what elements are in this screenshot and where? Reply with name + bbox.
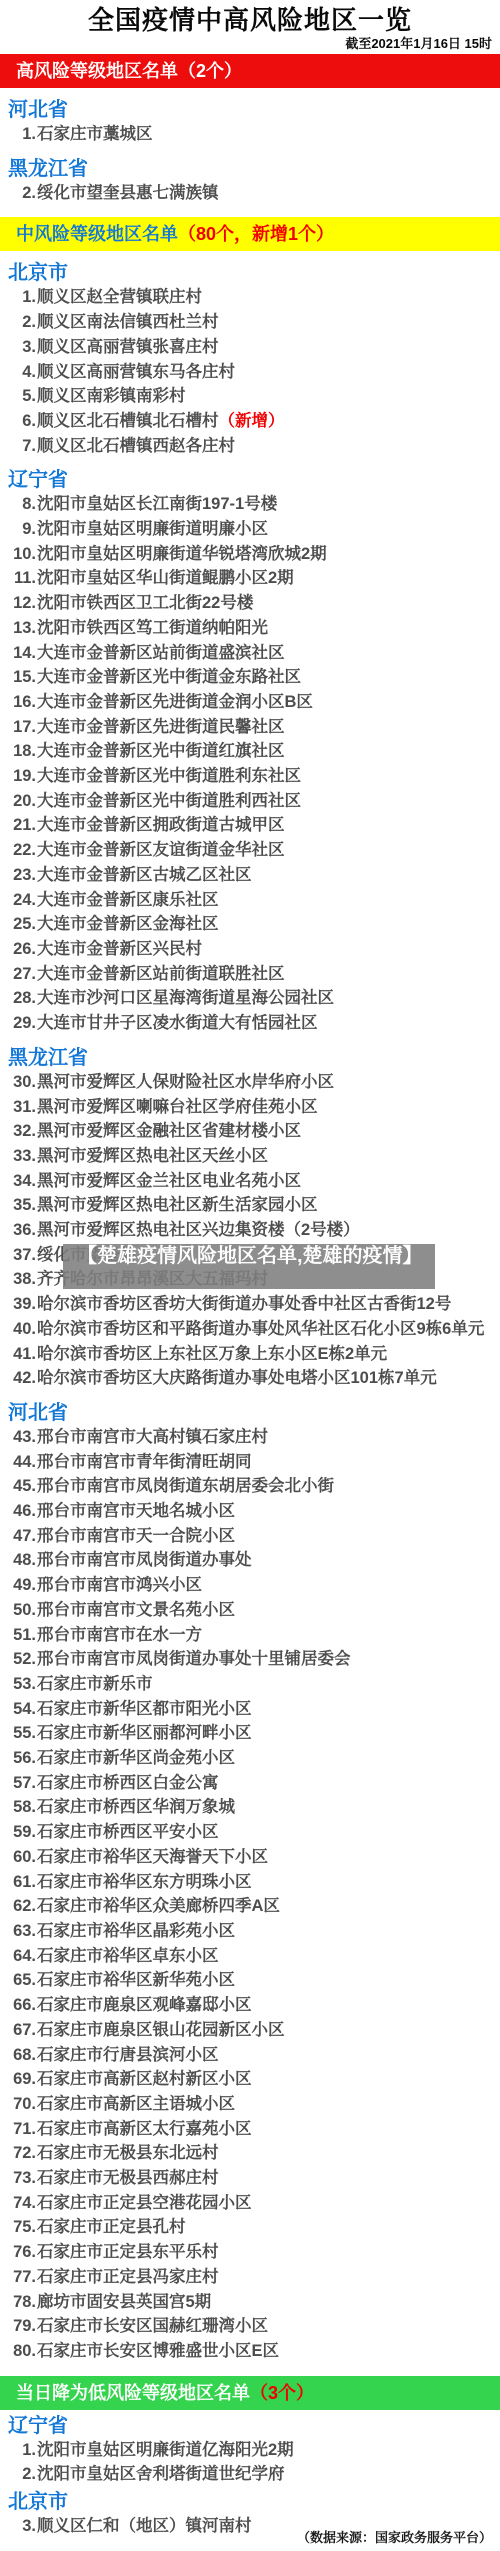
item-number: 24. bbox=[0, 888, 36, 913]
item-number: 62. bbox=[0, 1894, 36, 1919]
item-number: 18. bbox=[0, 739, 36, 764]
item-text: 沈阳市皇姑区明廉街道华锐塔湾欣城2期 bbox=[36, 542, 327, 567]
item-number: 37. bbox=[0, 1243, 36, 1268]
area-list-item: 23.大连市金普新区古城乙区社区 bbox=[0, 863, 500, 888]
item-number: 3. bbox=[0, 2514, 36, 2538]
item-number: 67. bbox=[0, 2018, 36, 2043]
item-text: 顺义区高丽营镇张喜庄村 bbox=[36, 335, 219, 360]
item-number: 28. bbox=[0, 986, 36, 1011]
item-number: 8. bbox=[0, 492, 36, 517]
item-number: 39. bbox=[0, 1292, 36, 1317]
item-text: 沈阳市皇姑区长江南街197-1号楼 bbox=[36, 492, 277, 517]
area-list-item: 44.邢台市南宫市青年街清旺胡同 bbox=[0, 1450, 500, 1475]
item-text: 石家庄市新乐市 bbox=[36, 1672, 153, 1697]
province-header: 辽宁省 bbox=[8, 2414, 500, 2438]
area-list-item: 39.哈尔滨市香坊区香坊大街街道办事处香中社区古香街12号 bbox=[0, 1292, 500, 1317]
area-list-item: 14.大连市金普新区站前街道盛滨社区 bbox=[0, 641, 500, 666]
item-number: 20. bbox=[0, 789, 36, 814]
item-text: 大连市金普新区光中街道金东路社区 bbox=[36, 665, 301, 690]
area-list-item: 4.顺义区高丽营镇东马各庄村 bbox=[0, 360, 500, 385]
area-list-item: 21.大连市金普新区拥政街道古城甲区 bbox=[0, 813, 500, 838]
item-number: 22. bbox=[0, 838, 36, 863]
item-text: 顺义区南法信镇西杜兰村 bbox=[36, 310, 219, 335]
item-number: 71. bbox=[0, 2117, 36, 2142]
area-list-item: 26.大连市金普新区兴民村 bbox=[0, 937, 500, 962]
item-text: 大连市金普新区古城乙区社区 bbox=[36, 863, 252, 888]
page-title: 全国疫情中高风险地区一览 bbox=[0, 0, 500, 36]
item-text: 大连市甘井子区凌水街道大有恬园社区 bbox=[36, 1011, 318, 1036]
item-text: 廊坊市固安县英国宫5期 bbox=[36, 2290, 211, 2315]
area-list-item: 79.石家庄市长安区国赫红珊湾小区 bbox=[0, 2314, 500, 2339]
item-number: 60. bbox=[0, 1845, 36, 1870]
area-list-item: 28.大连市沙河口区星海湾街道星海公园社区 bbox=[0, 986, 500, 1011]
area-list-item: 19.大连市金普新区光中街道胜利东社区 bbox=[0, 764, 500, 789]
item-text: 大连市金普新区站前街道盛滨社区 bbox=[36, 641, 285, 666]
area-list-item: 47.邢台市南宫市天一合院小区 bbox=[0, 1524, 500, 1549]
province-header: 北京市 bbox=[8, 2490, 500, 2514]
item-number: 1. bbox=[0, 122, 36, 147]
area-list-item: 22.大连市金普新区友谊街道金华社区 bbox=[0, 838, 500, 863]
item-number: 26. bbox=[0, 937, 36, 962]
area-list-item: 41.哈尔滨市香坊区上东社区万象上东小区E栋2单元 bbox=[0, 1342, 500, 1367]
item-number: 6. bbox=[0, 409, 36, 434]
item-text: 大连市金普新区光中街道胜利西社区 bbox=[36, 789, 301, 814]
item-number: 2. bbox=[0, 310, 36, 335]
item-text: 石家庄市高新区赵村新区小区 bbox=[36, 2067, 252, 2092]
item-number: 19. bbox=[0, 764, 36, 789]
item-text: 顺义区南彩镇南彩村 bbox=[36, 384, 186, 409]
risk-section-high: 高风险等级地区名单（2个）河北省1.石家庄市藁城区黑龙江省2.绥化市望奎县惠七满… bbox=[0, 54, 500, 205]
item-number: 65. bbox=[0, 1968, 36, 1993]
item-text: 石家庄市正定县孔村 bbox=[36, 2215, 186, 2240]
item-text: 邢台市南宫市凤岗街道办事处十里铺居委会 bbox=[36, 1647, 351, 1672]
item-number: 27. bbox=[0, 962, 36, 987]
item-text: 石家庄市桥西区平安小区 bbox=[36, 1820, 219, 1845]
area-list-item: 10.沈阳市皇姑区明廉街道华锐塔湾欣城2期 bbox=[0, 542, 500, 567]
area-list-item: 2.绥化市望奎县惠七满族镇 bbox=[0, 181, 500, 206]
item-text: 顺义区仁和（地区）镇河南村 bbox=[36, 2514, 252, 2538]
area-list-item: 45.邢台市南宫市凤岗街道东胡居委会北小街 bbox=[0, 1474, 500, 1499]
item-number: 68. bbox=[0, 2043, 36, 2068]
item-number: 47. bbox=[0, 1524, 36, 1549]
item-text: 大连市金普新区先进街道金润小区B区 bbox=[36, 690, 313, 715]
item-number: 15. bbox=[0, 665, 36, 690]
item-text: 沈阳市铁西区笃工街道纳帕阳光 bbox=[36, 616, 268, 641]
item-text: 黑河市爱辉区人保财险社区水岸华府小区 bbox=[36, 1070, 334, 1095]
area-list-item: 6.顺义区北石槽镇北石槽村（新增） bbox=[0, 409, 500, 434]
banner-label: 高风险等级地区名单 bbox=[16, 61, 178, 81]
item-number: 13. bbox=[0, 616, 36, 641]
province-header: 黑龙江省 bbox=[8, 157, 500, 181]
item-number: 76. bbox=[0, 2240, 36, 2265]
area-list-item: 7.顺义区北石槽镇西赵各庄村 bbox=[0, 434, 500, 459]
item-number: 34. bbox=[0, 1169, 36, 1194]
new-badge: （新增） bbox=[219, 412, 285, 430]
item-text: 黑河市爱辉区金兰社区电业名苑小区 bbox=[36, 1169, 301, 1194]
item-number: 53. bbox=[0, 1672, 36, 1697]
area-list-item: 18.大连市金普新区光中街道红旗社区 bbox=[0, 739, 500, 764]
area-list-item: 12.沈阳市铁西区卫工北街22号楼 bbox=[0, 591, 500, 616]
area-list-item: 75.石家庄市正定县孔村 bbox=[0, 2215, 500, 2240]
area-list-item: 11.沈阳市皇姑区华山街道鲲鹏小区2期 bbox=[0, 566, 500, 591]
area-list-item: 29.大连市甘井子区凌水街道大有恬园社区 bbox=[0, 1011, 500, 1036]
item-text: 石家庄市鹿泉区银山花园新区小区 bbox=[36, 2018, 285, 2043]
item-number: 3. bbox=[0, 335, 36, 360]
item-number: 2. bbox=[0, 2462, 36, 2486]
item-text: 石家庄市正定县冯家庄村 bbox=[36, 2265, 219, 2290]
item-number: 78. bbox=[0, 2290, 36, 2315]
item-text: 大连市金普新区光中街道红旗社区 bbox=[36, 739, 285, 764]
item-number: 14. bbox=[0, 641, 36, 666]
area-list-item: 71.石家庄市高新区太行嘉苑小区 bbox=[0, 2117, 500, 2142]
item-number: 4. bbox=[0, 360, 36, 385]
item-number: 49. bbox=[0, 1573, 36, 1598]
item-number: 11. bbox=[0, 566, 36, 591]
item-number: 45. bbox=[0, 1474, 36, 1499]
item-text: 石家庄市行唐县滨河小区 bbox=[36, 2043, 219, 2068]
item-number: 46. bbox=[0, 1499, 36, 1524]
item-text: 石家庄市裕华区天海誉天下小区 bbox=[36, 1845, 268, 1870]
area-list-item: 43.邢台市南宫市大高村镇石家庄村 bbox=[0, 1425, 500, 1450]
item-number: 48. bbox=[0, 1548, 36, 1573]
item-text: 石家庄市新华区都市阳光小区 bbox=[36, 1697, 252, 1722]
item-text: 大连市金普新区友谊街道金华社区 bbox=[36, 838, 285, 863]
area-list-item: 40.哈尔滨市香坊区和平路街道办事处风华社区石化小区9栋6单元 bbox=[0, 1317, 500, 1342]
item-number: 1. bbox=[0, 285, 36, 310]
banner-count: （3个） bbox=[250, 2383, 314, 2403]
item-text: 顺义区高丽营镇东马各庄村 bbox=[36, 360, 235, 385]
data-source-note: （数据来源：国家政务服务平台） bbox=[297, 2527, 492, 2546]
item-number: 80. bbox=[0, 2339, 36, 2364]
area-list-item: 1.沈阳市皇姑区明廉街道亿海阳光2期 bbox=[0, 2438, 500, 2462]
section-banner-high: 高风险等级地区名单（2个） bbox=[0, 54, 500, 88]
area-list-item: 62.石家庄市裕华区众美廊桥四季A区 bbox=[0, 1894, 500, 1919]
area-list-item: 25.大连市金普新区金海社区 bbox=[0, 912, 500, 937]
item-text: 黑河市爱辉区热电社区天丝小区 bbox=[36, 1144, 268, 1169]
item-number: 58. bbox=[0, 1795, 36, 1820]
risk-section-medium: 中风险等级地区名单（80个，新增1个）北京市1.顺义区赵全营镇联庄村2.顺义区南… bbox=[0, 217, 500, 2363]
item-text: 石家庄市长安区博雅盛世小区E区 bbox=[36, 2339, 279, 2364]
area-list-item: 48.邢台市南宫市凤岗街道办事处 bbox=[0, 1548, 500, 1573]
item-text: 大连市金普新区站前街道联胜社区 bbox=[36, 962, 285, 987]
risk-area-page: 全国疫情中高风险地区一览 截至2021年1月16日 15时 高风险等级地区名单（… bbox=[0, 0, 500, 2551]
banner-label: 当日降为低风险等级地区名单 bbox=[16, 2383, 250, 2403]
item-text: 沈阳市皇姑区明廉街道明廉小区 bbox=[36, 517, 268, 542]
item-number: 17. bbox=[0, 715, 36, 740]
area-list-item: 61.石家庄市裕华区东方明珠小区 bbox=[0, 1870, 500, 1895]
item-text: 石家庄市高新区太行嘉苑小区 bbox=[36, 2117, 252, 2142]
item-text: 哈尔滨市香坊区香坊大街街道办事处香中社区古香街12号 bbox=[36, 1292, 451, 1317]
item-text: 石家庄市裕华区晶彩苑小区 bbox=[36, 1919, 235, 1944]
area-list-item: 67.石家庄市鹿泉区银山花园新区小区 bbox=[0, 2018, 500, 2043]
item-text: 邢台市南宫市天地名城小区 bbox=[36, 1499, 235, 1524]
item-number: 74. bbox=[0, 2191, 36, 2216]
item-text: 石家庄市无极县东北远村 bbox=[36, 2141, 219, 2166]
item-number: 44. bbox=[0, 1450, 36, 1475]
banner-count: （2个） bbox=[178, 61, 242, 81]
area-list-item: 76.石家庄市正定县东平乐村 bbox=[0, 2240, 500, 2265]
area-list-item: 57.石家庄市桥西区白金公寓 bbox=[0, 1771, 500, 1796]
area-list-item: 69.石家庄市高新区赵村新区小区 bbox=[0, 2067, 500, 2092]
area-list-item: 46.邢台市南宫市天地名城小区 bbox=[0, 1499, 500, 1524]
area-list-item: 51.邢台市南宫市在水一方 bbox=[0, 1623, 500, 1648]
item-text: 邢台市南宫市天一合院小区 bbox=[36, 1524, 235, 1549]
item-number: 31. bbox=[0, 1095, 36, 1120]
item-text: 黑河市爱辉区热电社区新生活家园小区 bbox=[36, 1193, 318, 1218]
item-text: 石家庄市桥西区华润万象城 bbox=[36, 1795, 235, 1820]
item-number: 54. bbox=[0, 1697, 36, 1722]
area-list-item: 74.石家庄市正定县空港花园小区 bbox=[0, 2191, 500, 2216]
item-number: 66. bbox=[0, 1993, 36, 2018]
area-list-item: 1.顺义区赵全营镇联庄村 bbox=[0, 285, 500, 310]
item-text: 大连市金普新区光中街道胜利东社区 bbox=[36, 764, 301, 789]
item-text: 沈阳市铁西区卫工北街22号楼 bbox=[36, 591, 253, 616]
item-number: 7. bbox=[0, 434, 36, 459]
province-header: 河北省 bbox=[8, 98, 500, 122]
item-number: 55. bbox=[0, 1721, 36, 1746]
item-text: 邢台市南宫市凤岗街道办事处 bbox=[36, 1548, 252, 1573]
item-text: 大连市金普新区拥政街道古城甲区 bbox=[36, 813, 285, 838]
item-text: 大连市金普新区金海社区 bbox=[36, 912, 219, 937]
area-list-item: 52.邢台市南宫市凤岗街道办事处十里铺居委会 bbox=[0, 1647, 500, 1672]
item-text: 石家庄市裕华区卓东小区 bbox=[36, 1944, 219, 1969]
item-number: 38. bbox=[0, 1267, 36, 1292]
risk-sections: 高风险等级地区名单（2个）河北省1.石家庄市藁城区黑龙江省2.绥化市望奎县惠七满… bbox=[0, 54, 500, 2538]
item-number: 36. bbox=[0, 1218, 36, 1243]
item-text: 石家庄市正定县东平乐村 bbox=[36, 2240, 219, 2265]
area-list-item: 34.黑河市爱辉区金兰社区电业名苑小区 bbox=[0, 1169, 500, 1194]
item-number: 35. bbox=[0, 1193, 36, 1218]
area-list-item: 73.石家庄市无极县西郝庄村 bbox=[0, 2166, 500, 2191]
area-list-item: 31.黑河市爱辉区喇嘛台社区学府佳苑小区 bbox=[0, 1095, 500, 1120]
item-text: 石家庄市裕华区新华苑小区 bbox=[36, 1968, 235, 1993]
item-number: 43. bbox=[0, 1425, 36, 1450]
banner-count: （80个，新增1个） bbox=[178, 224, 334, 244]
item-text: 邢台市南宫市青年街清旺胡同 bbox=[36, 1450, 252, 1475]
item-text: 沈阳市皇姑区明廉街道亿海阳光2期 bbox=[36, 2438, 294, 2462]
area-list-item: 56.石家庄市新华区尚金苑小区 bbox=[0, 1746, 500, 1771]
item-number: 23. bbox=[0, 863, 36, 888]
item-text: 邢台市南宫市大高村镇石家庄村 bbox=[36, 1425, 268, 1450]
area-list-item: 58.石家庄市桥西区华润万象城 bbox=[0, 1795, 500, 1820]
area-list-item: 20.大连市金普新区光中街道胜利西社区 bbox=[0, 789, 500, 814]
item-number: 40. bbox=[0, 1317, 36, 1342]
item-text: 黑河市爱辉区喇嘛台社区学府佳苑小区 bbox=[36, 1095, 318, 1120]
item-number: 50. bbox=[0, 1598, 36, 1623]
item-text: 哈尔滨市香坊区和平路街道办事处风华社区石化小区9栋6单元 bbox=[36, 1317, 484, 1342]
item-number: 30. bbox=[0, 1070, 36, 1095]
area-list-item: 33.黑河市爱辉区热电社区天丝小区 bbox=[0, 1144, 500, 1169]
item-text: 顺义区北石槽镇西赵各庄村 bbox=[36, 434, 235, 459]
item-text: 石家庄市正定县空港花园小区 bbox=[36, 2191, 252, 2216]
item-text: 顺义区北石槽镇北石槽村（新增） bbox=[36, 409, 285, 434]
area-list-item: 1.石家庄市藁城区 bbox=[0, 122, 500, 147]
item-number: 2. bbox=[0, 181, 36, 206]
item-number: 61. bbox=[0, 1870, 36, 1895]
area-list-item: 66.石家庄市鹿泉区观峰嘉邸小区 bbox=[0, 1993, 500, 2018]
area-list-item: 35.黑河市爱辉区热电社区新生活家园小区 bbox=[0, 1193, 500, 1218]
item-text: 石家庄市裕华区东方明珠小区 bbox=[36, 1870, 252, 1895]
item-text: 石家庄市藁城区 bbox=[36, 122, 153, 147]
item-number: 21. bbox=[0, 813, 36, 838]
item-number: 1. bbox=[0, 2438, 36, 2462]
item-number: 42. bbox=[0, 1366, 36, 1391]
item-number: 10. bbox=[0, 542, 36, 567]
area-list-item: 27.大连市金普新区站前街道联胜社区 bbox=[0, 962, 500, 987]
item-text: 哈尔滨市香坊区上东社区万象上东小区E栋2单元 bbox=[36, 1342, 387, 1367]
item-text: 沈阳市皇姑区华山街道鲲鹏小区2期 bbox=[36, 566, 294, 591]
area-list-item: 36.黑河市爱辉区热电社区兴边集资楼（2号楼） bbox=[0, 1218, 500, 1243]
item-number: 29. bbox=[0, 1011, 36, 1036]
area-list-item: 49.邢台市南宫市鸿兴小区 bbox=[0, 1573, 500, 1598]
item-text: 石家庄市高新区主语城小区 bbox=[36, 2092, 235, 2117]
item-number: 25. bbox=[0, 912, 36, 937]
area-list-item: 72.石家庄市无极县东北远村 bbox=[0, 2141, 500, 2166]
area-list-item: 13.沈阳市铁西区笃工街道纳帕阳光 bbox=[0, 616, 500, 641]
area-list-item: 3.顺义区高丽营镇张喜庄村 bbox=[0, 335, 500, 360]
area-list-item: 9.沈阳市皇姑区明廉街道明廉小区 bbox=[0, 517, 500, 542]
area-list-item: 2.沈阳市皇姑区舍利塔街道世纪学府 bbox=[0, 2462, 500, 2486]
item-number: 56. bbox=[0, 1746, 36, 1771]
area-list-item: 15.大连市金普新区光中街道金东路社区 bbox=[0, 665, 500, 690]
area-list-item: 42.哈尔滨市香坊区大庆路街道办事处电塔小区101栋7单元 bbox=[0, 1366, 500, 1391]
item-number: 63. bbox=[0, 1919, 36, 1944]
area-list-item: 65.石家庄市裕华区新华苑小区 bbox=[0, 1968, 500, 1993]
item-number: 16. bbox=[0, 690, 36, 715]
area-list-item: 50.邢台市南宫市文景名苑小区 bbox=[0, 1598, 500, 1623]
as-of-date: 截至2021年1月16日 15时 bbox=[0, 36, 500, 51]
item-text: 邢台市南宫市鸿兴小区 bbox=[36, 1573, 202, 1598]
item-text: 石家庄市裕华区众美廊桥四季A区 bbox=[36, 1894, 280, 1919]
section-banner-low: 当日降为低风险等级地区名单（3个） bbox=[0, 2376, 500, 2410]
item-number: 51. bbox=[0, 1623, 36, 1648]
item-number: 33. bbox=[0, 1144, 36, 1169]
item-number: 79. bbox=[0, 2314, 36, 2339]
area-list-item: 16.大连市金普新区先进街道金润小区B区 bbox=[0, 690, 500, 715]
item-number: 75. bbox=[0, 2215, 36, 2240]
item-number: 32. bbox=[0, 1119, 36, 1144]
item-text: 石家庄市鹿泉区观峰嘉邸小区 bbox=[36, 1993, 252, 2018]
area-list-item: 68.石家庄市行唐县滨河小区 bbox=[0, 2043, 500, 2068]
area-list-item: 59.石家庄市桥西区平安小区 bbox=[0, 1820, 500, 1845]
area-list-item: 55.石家庄市新华区丽都河畔小区 bbox=[0, 1721, 500, 1746]
area-list-item: 17.大连市金普新区先进街道民馨社区 bbox=[0, 715, 500, 740]
risk-section-low: 当日降为低风险等级地区名单（3个）辽宁省1.沈阳市皇姑区明廉街道亿海阳光2期2.… bbox=[0, 2376, 500, 2538]
area-list-item: 30.黑河市爱辉区人保财险社区水岸华府小区 bbox=[0, 1070, 500, 1095]
area-list-item: 24.大连市金普新区康乐社区 bbox=[0, 888, 500, 913]
item-text: 邢台市南宫市在水一方 bbox=[36, 1623, 202, 1648]
area-list-item: 53.石家庄市新乐市 bbox=[0, 1672, 500, 1697]
item-text: 石家庄市新华区丽都河畔小区 bbox=[36, 1721, 252, 1746]
item-text: 黑河市爱辉区热电社区兴边集资楼（2号楼） bbox=[36, 1218, 360, 1243]
section-banner-medium: 中风险等级地区名单（80个，新增1个） bbox=[0, 217, 500, 251]
area-list-item: 70.石家庄市高新区主语城小区 bbox=[0, 2092, 500, 2117]
item-text: 沈阳市皇姑区舍利塔街道世纪学府 bbox=[36, 2462, 285, 2486]
province-header: 黑龙江省 bbox=[8, 1046, 500, 1070]
area-list-item: 63.石家庄市裕华区晶彩苑小区 bbox=[0, 1919, 500, 1944]
area-list-item: 64.石家庄市裕华区卓东小区 bbox=[0, 1944, 500, 1969]
item-text: 邢台市南宫市文景名苑小区 bbox=[36, 1598, 235, 1623]
item-text: 石家庄市无极县西郝庄村 bbox=[36, 2166, 219, 2191]
banner-label: 中风险等级地区名单 bbox=[16, 224, 178, 244]
item-number: 73. bbox=[0, 2166, 36, 2191]
item-number: 12. bbox=[0, 591, 36, 616]
area-list-item: 8.沈阳市皇姑区长江南街197-1号楼 bbox=[0, 492, 500, 517]
item-text: 石家庄市新华区尚金苑小区 bbox=[36, 1746, 235, 1771]
area-list-item: 80.石家庄市长安区博雅盛世小区E区 bbox=[0, 2339, 500, 2364]
item-number: 72. bbox=[0, 2141, 36, 2166]
watermark-overlay: 【楚雄疫情风险地区名单,楚雄的疫情】 bbox=[63, 1244, 435, 1289]
item-number: 57. bbox=[0, 1771, 36, 1796]
area-list-item: 5.顺义区南彩镇南彩村 bbox=[0, 384, 500, 409]
item-number: 69. bbox=[0, 2067, 36, 2092]
item-text: 大连市金普新区兴民村 bbox=[36, 937, 202, 962]
item-number: 64. bbox=[0, 1944, 36, 1969]
item-text: 邢台市南宫市凤岗街道东胡居委会北小街 bbox=[36, 1474, 334, 1499]
area-list-item: 60.石家庄市裕华区天海誉天下小区 bbox=[0, 1845, 500, 1870]
item-number: 5. bbox=[0, 384, 36, 409]
item-text: 哈尔滨市香坊区大庆路街道办事处电塔小区101栋7单元 bbox=[36, 1366, 437, 1391]
area-list-item: 54.石家庄市新华区都市阳光小区 bbox=[0, 1697, 500, 1722]
area-list-item: 78.廊坊市固安县英国宫5期 bbox=[0, 2290, 500, 2315]
item-text: 石家庄市桥西区白金公寓 bbox=[36, 1771, 219, 1796]
item-number: 70. bbox=[0, 2092, 36, 2117]
area-list-item: 77.石家庄市正定县冯家庄村 bbox=[0, 2265, 500, 2290]
item-text: 石家庄市长安区国赫红珊湾小区 bbox=[36, 2314, 268, 2339]
province-header: 辽宁省 bbox=[8, 468, 500, 492]
area-list-item: 32.黑河市爱辉区金融社区省建材楼小区 bbox=[0, 1119, 500, 1144]
item-text: 大连市金普新区康乐社区 bbox=[36, 888, 219, 913]
item-text: 大连市沙河口区星海湾街道星海公园社区 bbox=[36, 986, 334, 1011]
item-number: 9. bbox=[0, 517, 36, 542]
province-header: 北京市 bbox=[8, 261, 500, 285]
item-number: 52. bbox=[0, 1647, 36, 1672]
province-header: 河北省 bbox=[8, 1401, 500, 1425]
item-text: 顺义区赵全营镇联庄村 bbox=[36, 285, 202, 310]
item-text: 大连市金普新区先进街道民馨社区 bbox=[36, 715, 285, 740]
item-number: 41. bbox=[0, 1342, 36, 1367]
item-number: 59. bbox=[0, 1820, 36, 1845]
item-text: 黑河市爱辉区金融社区省建材楼小区 bbox=[36, 1119, 301, 1144]
item-text: 绥化市望奎县惠七满族镇 bbox=[36, 181, 219, 206]
item-number: 77. bbox=[0, 2265, 36, 2290]
area-list-item: 2.顺义区南法信镇西杜兰村 bbox=[0, 310, 500, 335]
